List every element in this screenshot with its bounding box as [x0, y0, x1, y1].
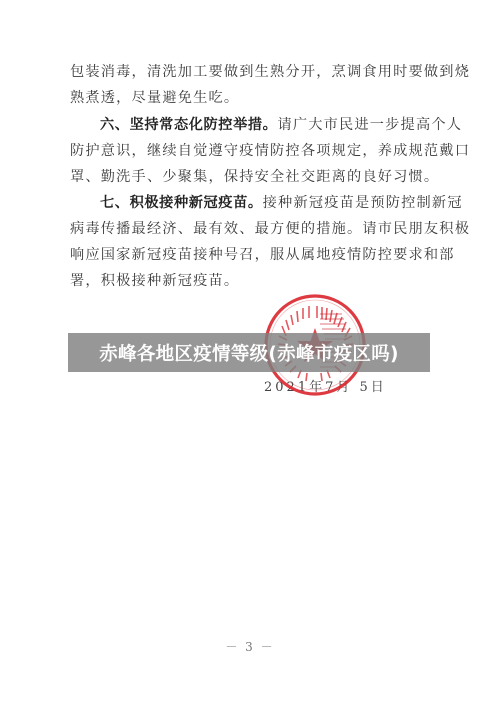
text-line: 署，积极接种新冠疫苗。	[70, 268, 432, 294]
text-line: 包装消毒，清洗加工要做到生熟分开，烹调食用时要做到烧	[70, 59, 432, 85]
title-banner: 赤峰各地区疫情等级(赤峰市疫区吗)	[68, 333, 430, 372]
text-line: 病毒传播最经济、最有效、最方便的措施。请市民朋友积极	[70, 216, 432, 242]
intro-paragraph: 包装消毒，清洗加工要做到生熟分开，烹调食用时要做到烧 熟煮透，尽量避免生吃。	[70, 59, 432, 111]
section-6-heading: 六、坚持常态化防控举措。	[100, 117, 277, 133]
banner-title: 赤峰各地区疫情等级(赤峰市疫区吗)	[99, 340, 399, 366]
section-7-first-line: 七、积极接种新冠疫苗。接种新冠疫苗是预防控制新冠	[70, 190, 432, 216]
section-6-text: 请广大市民进一步提高个人	[277, 117, 462, 133]
document-page: 包装消毒，清洗加工要做到生熟分开，烹调食用时要做到烧 熟煮透，尽量避免生吃。 六…	[0, 0, 500, 706]
section-7-heading: 七、积极接种新冠疫苗。	[100, 195, 263, 211]
text-line: 防护意识，继续自觉遵守疫情防控各项规定，养成规范戴口	[70, 138, 432, 164]
text-line: 熟煮透，尽量避免生吃。	[70, 85, 432, 111]
section-7: 七、积极接种新冠疫苗。接种新冠疫苗是预防控制新冠 病毒传播最经济、最有效、最方便…	[70, 190, 432, 294]
page-number: － 3 －	[0, 638, 500, 655]
text-line: 罩、勤洗手、少聚集，保持安全社交距离的良好习惯。	[70, 164, 432, 190]
text-line: 响应国家新冠疫苗接种号召，服从属地疫情防控要求和部	[70, 242, 432, 268]
section-6-first-line: 六、坚持常态化防控举措。请广大市民进一步提高个人	[70, 112, 432, 138]
section-7-text: 接种新冠疫苗是预防控制新冠	[263, 195, 463, 211]
section-6: 六、坚持常态化防控举措。请广大市民进一步提高个人 防护意识，继续自觉遵守疫情防控…	[70, 112, 432, 190]
